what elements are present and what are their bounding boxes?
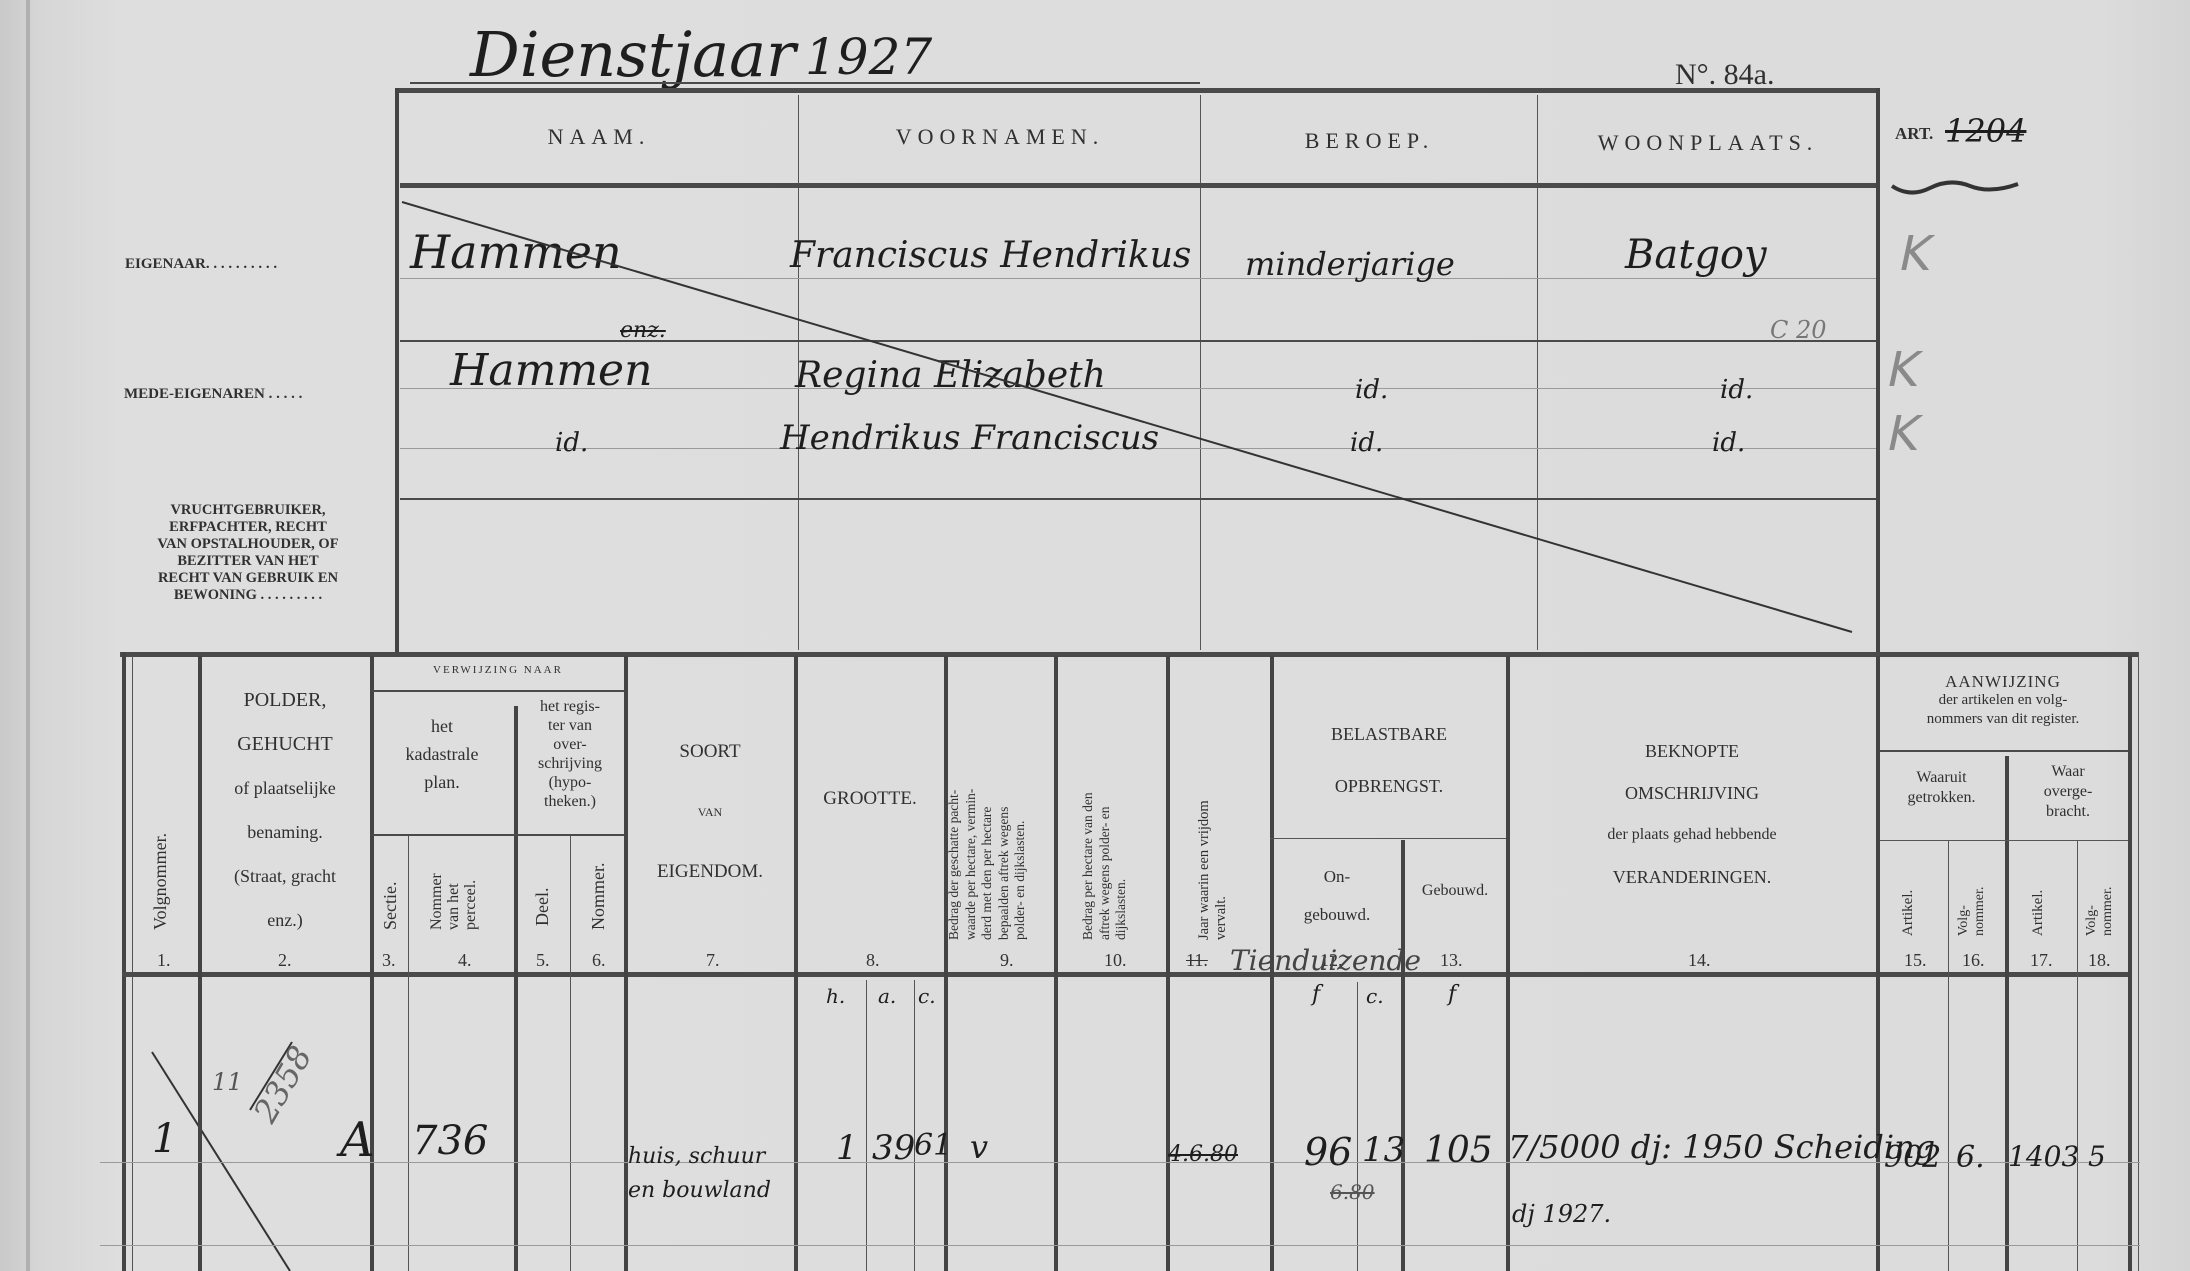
col-divider [866,980,867,1271]
header-line: (Straat, gracht [200,854,370,898]
header-line: plan. [372,768,512,796]
header-waar-overgebracht: Waar overge- bracht. [2008,762,2128,822]
parcel-table-left-border [122,652,126,1271]
col-divider [570,836,571,1271]
register-page: Dienstjaar 1927 N°. 84a. ART. 1204 NAAM.… [0,0,2190,1271]
header-line: POLDER, [200,678,370,722]
row-1-soort: huis, schuur en bouwland [628,1140,771,1208]
header-gebouwd: Gebouwd. [1404,882,1506,900]
col-divider [2005,756,2009,1271]
row-1-c9-mark: v [970,1128,988,1166]
header-deel: Deel. [532,888,553,926]
header-line: perceel. [462,873,479,930]
row-1-vrijdom-struck: 4.6.80 [1168,1142,1238,1167]
header-line: theken.) [516,792,624,811]
header-subline [1880,750,2128,752]
header-line: OMSCHRIJVING [1508,772,1876,814]
row-1-volg-to: 5 [2088,1140,2106,1173]
row-1-omschrijving-sub: dj 1927. [1512,1200,1611,1228]
parcel-table-right-border [2128,656,2132,1271]
header-line: der plaats gehad hebbende [1508,814,1876,856]
parcel-header-bottom-border [122,972,2128,977]
col-divider [1054,656,1058,1271]
header-line: benaming. [200,810,370,854]
header-line: Bedrag der geschatte pacht- [946,789,963,940]
header-line: nommer. [2100,887,2116,936]
unit-h: h. [826,984,845,1008]
row-1-polder-top: 11 [212,1068,243,1096]
header-subline [1880,840,2128,841]
col-divider [1876,656,1880,1271]
header-line: van het [445,873,462,930]
header-waaruit-getrokken: Waaruit getrokken. [1878,768,2005,808]
header-line: het regis- [516,697,624,716]
col-number-5: 5. [536,950,550,971]
col-divider [1357,982,1358,1271]
unit-a: a. [878,984,896,1008]
header-line: BEKNOPTE [1508,730,1876,772]
header-soort-eigendom: SOORT VAN EIGENDOM. [626,722,794,902]
col-number-14: 14. [1688,950,1711,971]
header-ongebouwd: On- gebouwd. [1272,858,1402,934]
rule-line [100,1245,2140,1246]
header-line: over- [516,735,624,754]
row-1-artikel-to: 1403 [2008,1140,2079,1173]
header-sectie: Sectie. [380,882,401,930]
header-line: dijkslasten. [1113,792,1130,940]
col-number-1: 1. [157,950,171,971]
header-line: getrokken. [1878,788,2005,808]
header-belastbare-opbrengst: BELASTBARE OPBRENGST. [1272,708,1506,812]
header-line: Waaruit [1878,768,2005,788]
unit-f-ongebouwd: f [1312,982,1320,1007]
col-divider [794,656,798,1271]
header-line: Bedrag per hectare van den [1080,792,1097,940]
header-grootte: GROOTTE. [796,788,944,810]
unit-f-gebouwd: f [1448,982,1456,1007]
col-number-13: 13. [1440,950,1463,971]
header-verwijzing: VERWIJZING NAAR [372,664,624,676]
col-divider [1948,840,1949,1271]
col-divider [914,980,915,1271]
row-1-ongebouwd-struck: 6.80 [1330,1180,1375,1204]
col-number-3: 3. [382,950,396,971]
header-line: schrijving [516,754,624,773]
header-perceel: Nommer van het perceel. [428,873,479,930]
header-line: OPBRENGST. [1272,760,1506,812]
col-number-2: 2. [278,950,292,971]
col-number-4: 4. [458,950,472,971]
col11-annotation: Tienduizende [1230,944,1421,977]
header-line: overge- [2008,782,2128,802]
soort-line: huis, schuur [628,1140,771,1174]
col-divider [132,656,133,1271]
col-number-9: 9. [1000,950,1014,971]
row-1-omschrijving: 7/5000 dj: 1950 Scheiding [1508,1128,1935,1166]
header-line: het [372,712,512,740]
header-polder: POLDER, GEHUCHT of plaatselijke benaming… [200,678,370,942]
header-line: aftrek wegens polder- en [1097,792,1114,940]
header-subline [1270,838,1506,839]
header-line: bepaalden aftrek wegens [996,789,1013,940]
header-line: kadastrale [372,740,512,768]
col-number-6: 6. [592,950,606,971]
row-1-volg-from: 6. [1956,1140,1985,1175]
header-line: SOORT [626,722,794,782]
header-vrijdom: Jaar waarin een vrijdom vervalt. [1196,800,1230,940]
header-artikel-from: Artikel. [1900,890,1917,936]
header-line: (hypo- [516,773,624,792]
col-number-11: 11. [1186,950,1208,971]
col-divider [2077,840,2078,1271]
header-line: Volg- [1956,887,1972,936]
parcel-table-top-border [120,652,2138,657]
row-1-artikel-from: 902 [1884,1140,1941,1175]
col-number-15: 15. [1904,950,1927,971]
header-artikel-to: Artikel. [2030,890,2047,936]
header-volgnommer: Volgnommer. [150,833,171,930]
header-line: Jaar waarin een vrijdom [1196,800,1213,940]
header-subline [372,834,624,836]
col-number-18: 18. [2088,950,2111,971]
header-aftrek: Bedrag per hectare van den aftrek wegens… [1080,792,1130,940]
row-1-volgnommer: 1 [152,1116,177,1162]
header-line: der artikelen en volg- [1878,691,2128,710]
row-1-perceel: 736 [412,1118,488,1164]
header-line: enz.) [200,898,370,942]
header-line: EIGENDOM. [626,842,794,902]
row-1-ongebouwd-f: 96 [1304,1130,1352,1174]
col-number-8: 8. [866,950,880,971]
header-nommer: Nommer. [588,863,609,931]
header-line: AANWIJZING [1878,672,2128,691]
header-volgnommer-to: Volg- nommer. [2084,887,2116,936]
col-number-10: 10. [1104,950,1127,971]
row-1-grootte-c: 61 [914,1128,952,1163]
header-line: of plaatselijke [200,766,370,810]
col-divider [2138,652,2139,1271]
header-line: nommer. [1972,887,1988,936]
header-kadastrale-plan: het kadastrale plan. [372,712,512,796]
col-number-16: 16. [1962,950,1985,971]
header-line: Volg- [2084,887,2100,936]
header-line: waarde per hectare, vermin- [963,789,980,940]
col-divider [944,656,948,1271]
col-number-7: 7. [706,950,720,971]
col-number-17: 17. [2030,950,2053,971]
row-1-ongebouwd-c: 13 [1362,1130,1405,1170]
header-line: bracht. [2008,802,2128,822]
header-line: derd met den per hectare [979,789,996,940]
header-subline [372,690,624,692]
col-divider [1166,656,1170,1271]
row-1-sectie: A [340,1112,375,1168]
header-line: vervalt. [1213,800,1230,940]
row-1-grootte-h: 1 [836,1128,858,1168]
row-1-grootte-a: 39 [872,1128,915,1168]
header-line: polder- en dijkslasten. [1012,789,1029,940]
header-line: GEHUCHT [200,722,370,766]
unit-c: c. [918,984,936,1008]
header-line: ter van [516,716,624,735]
cancellation-lines [0,0,2190,1271]
soort-line: en bouwland [628,1174,771,1208]
header-line: On- [1272,858,1402,896]
header-register-overschrijving: het regis- ter van over- schrijving (hyp… [516,697,624,811]
header-line: nommers van dit register. [1878,710,2128,729]
header-line: Nommer [428,873,445,930]
header-line: gebouwd. [1272,896,1402,934]
header-line: Waar [2008,762,2128,782]
header-volgnommer-from: Volg- nommer. [1956,887,1988,936]
header-line: VAN [626,782,794,842]
col-divider [408,836,409,1271]
row-1-gebouwd-f: 105 [1424,1130,1493,1171]
header-line: VERANDERINGEN. [1508,856,1876,898]
header-pachtwaarde: Bedrag der geschatte pacht- waarde per h… [946,789,1029,940]
header-aanwijzing: AANWIJZING der artikelen en volg- nommer… [1878,672,2128,729]
unit-c-ongebouwd: c. [1366,984,1384,1008]
header-omschrijving: BEKNOPTE OMSCHRIJVING der plaats gehad h… [1508,730,1876,898]
header-line: BELASTBARE [1272,708,1506,760]
